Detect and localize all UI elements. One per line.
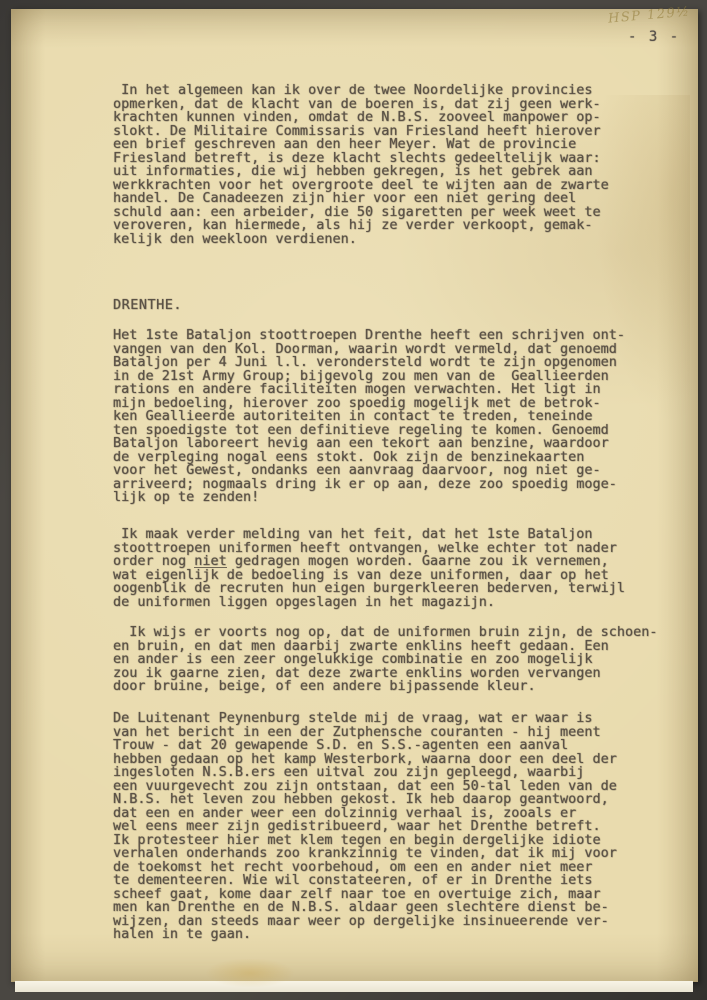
paragraph-peynenburg-westerbork: De Luitenant Peynenburg stelde mij de vr… xyxy=(113,712,617,942)
paragraph-uniform-kleuren: Ik wijs er voorts nog op, dat de uniform… xyxy=(113,626,658,694)
section-heading-drenthe: DRENTHE. xyxy=(113,299,182,313)
scanned-document-page: HSP 129½ - 3 - In het algemeen kan ik ov… xyxy=(0,0,707,1000)
paragraph-general-remarks: In het algemeen kan ik over de twee Noor… xyxy=(113,84,609,246)
paper-bottom-edge xyxy=(15,981,693,992)
underline-mark-niet xyxy=(194,567,227,568)
paragraph-bataljon-stoottroepen: Het 1ste Bataljon stoottroepen Drenthe h… xyxy=(113,329,625,505)
page-number: - 3 - xyxy=(628,31,680,45)
paper-stain xyxy=(205,958,295,988)
paragraph-uniformen-text: Ik maak verder melding van het feit, dat… xyxy=(113,528,625,609)
paragraph-uniformen-melding: Ik maak verder melding van het feit, dat… xyxy=(113,528,625,609)
